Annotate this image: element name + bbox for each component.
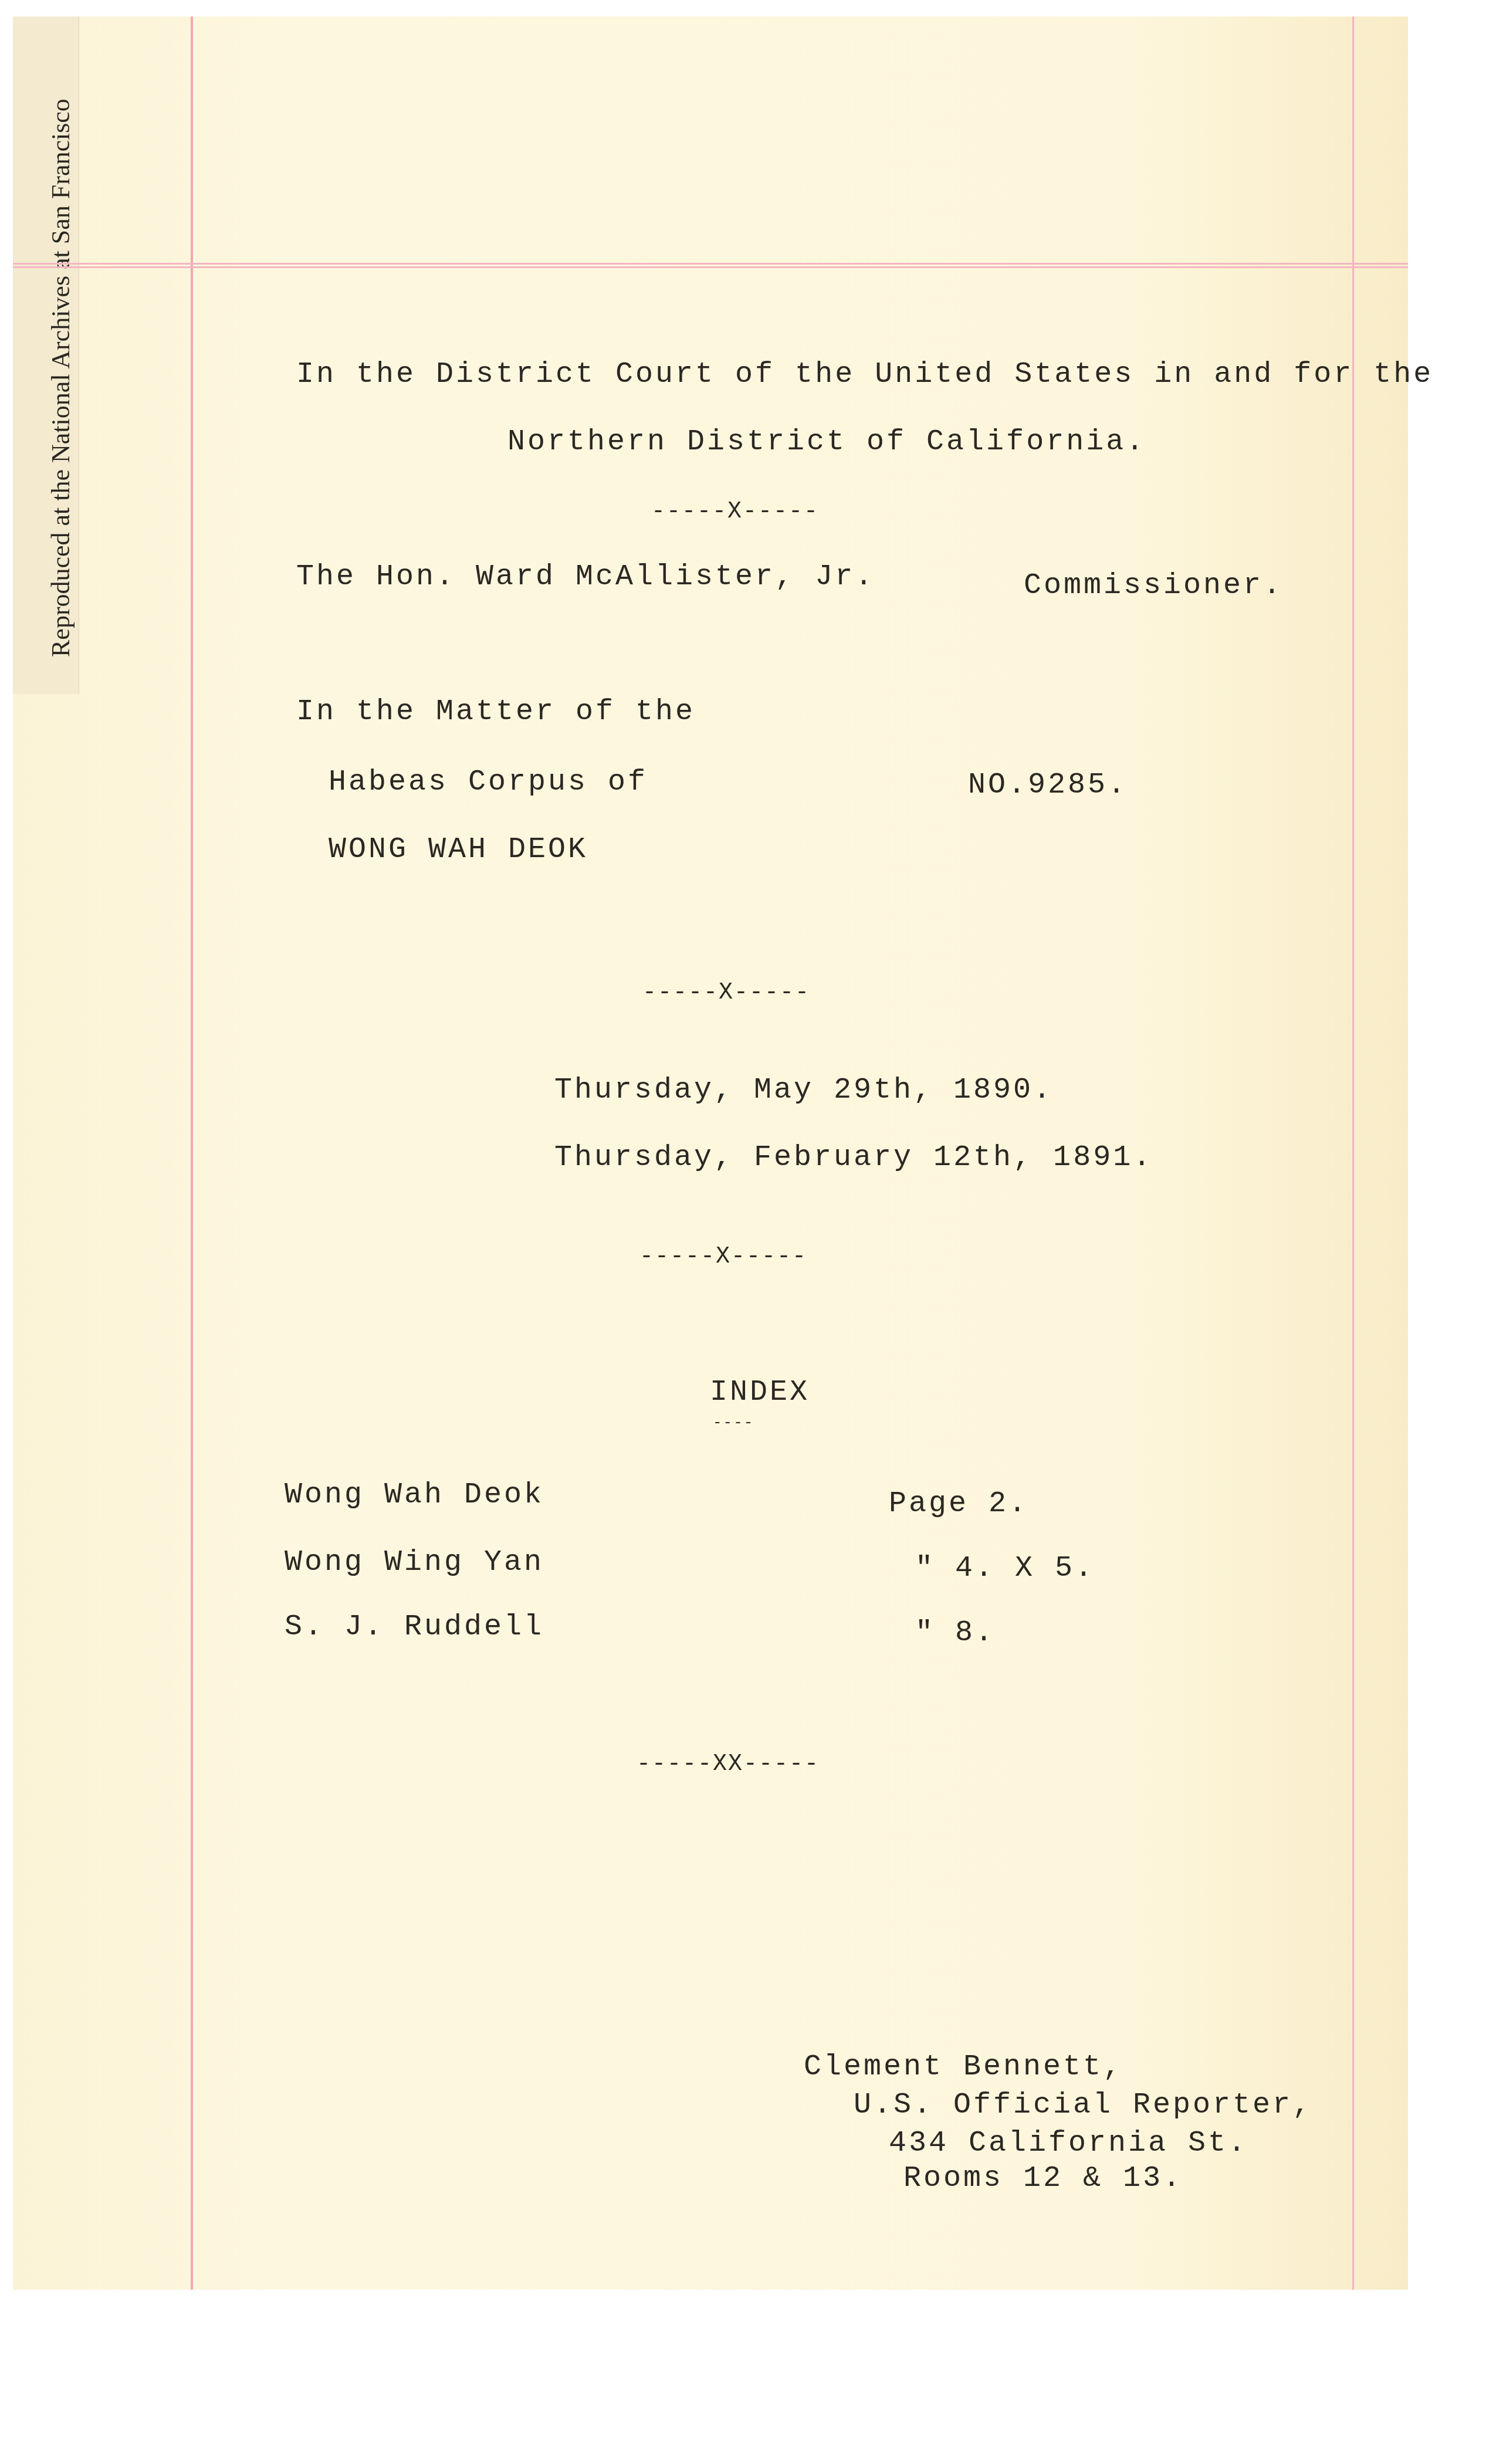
top-header-rule <box>13 263 1408 268</box>
case-number: NO.9285. <box>968 769 1128 802</box>
hearing-date-1: Thursday, May 29th, 1890. <box>554 1074 1053 1107</box>
petitioner-name: WONG WAH DEOK <box>329 833 588 867</box>
separator-2: -----X----- <box>642 980 810 1006</box>
index-title: INDEX <box>710 1376 810 1409</box>
reporter-rooms: Rooms 12 & 13. <box>903 2162 1183 2195</box>
matter-line2: Habeas Corpus of <box>329 766 648 799</box>
hearing-date-2: Thursday, February 12th, 1891. <box>554 1141 1153 1175</box>
index-entry-name: Wong Wah Deok <box>285 1478 544 1512</box>
matter-line1: In the Matter of the <box>296 695 695 729</box>
commissioner-name: The Hon. Ward McAllister, Jr. <box>296 560 875 594</box>
separator-1: -----X----- <box>651 499 819 525</box>
court-heading-line2: Northern District of California. <box>507 425 1146 459</box>
reporter-title: U.S. Official Reporter, <box>854 2089 1312 2122</box>
separator-final: -----XX----- <box>637 1751 820 1778</box>
reporter-address: 434 California St. <box>889 2127 1248 2160</box>
commissioner-title: Commissioner. <box>1024 569 1283 603</box>
index-title-underline: ---- <box>713 1414 754 1431</box>
reporter-name: Clement Bennett, <box>804 2050 1123 2084</box>
separator-3: -----X----- <box>639 1244 807 1270</box>
archive-stamp-text: Reproduced at the National Archives at S… <box>46 35 76 657</box>
index-entry-page: Page 2. <box>889 1487 1028 1521</box>
left-margin-rule <box>191 16 193 2290</box>
index-entry-page: " 8. <box>915 1616 995 1650</box>
index-entry-name: S. J. Ruddell <box>285 1610 544 1644</box>
court-heading-line1: In the District Court of the United Stat… <box>296 358 1433 391</box>
index-entry-name: Wong Wing Yan <box>285 1546 544 1579</box>
index-entry-page: " 4. X 5. <box>915 1552 1095 1585</box>
